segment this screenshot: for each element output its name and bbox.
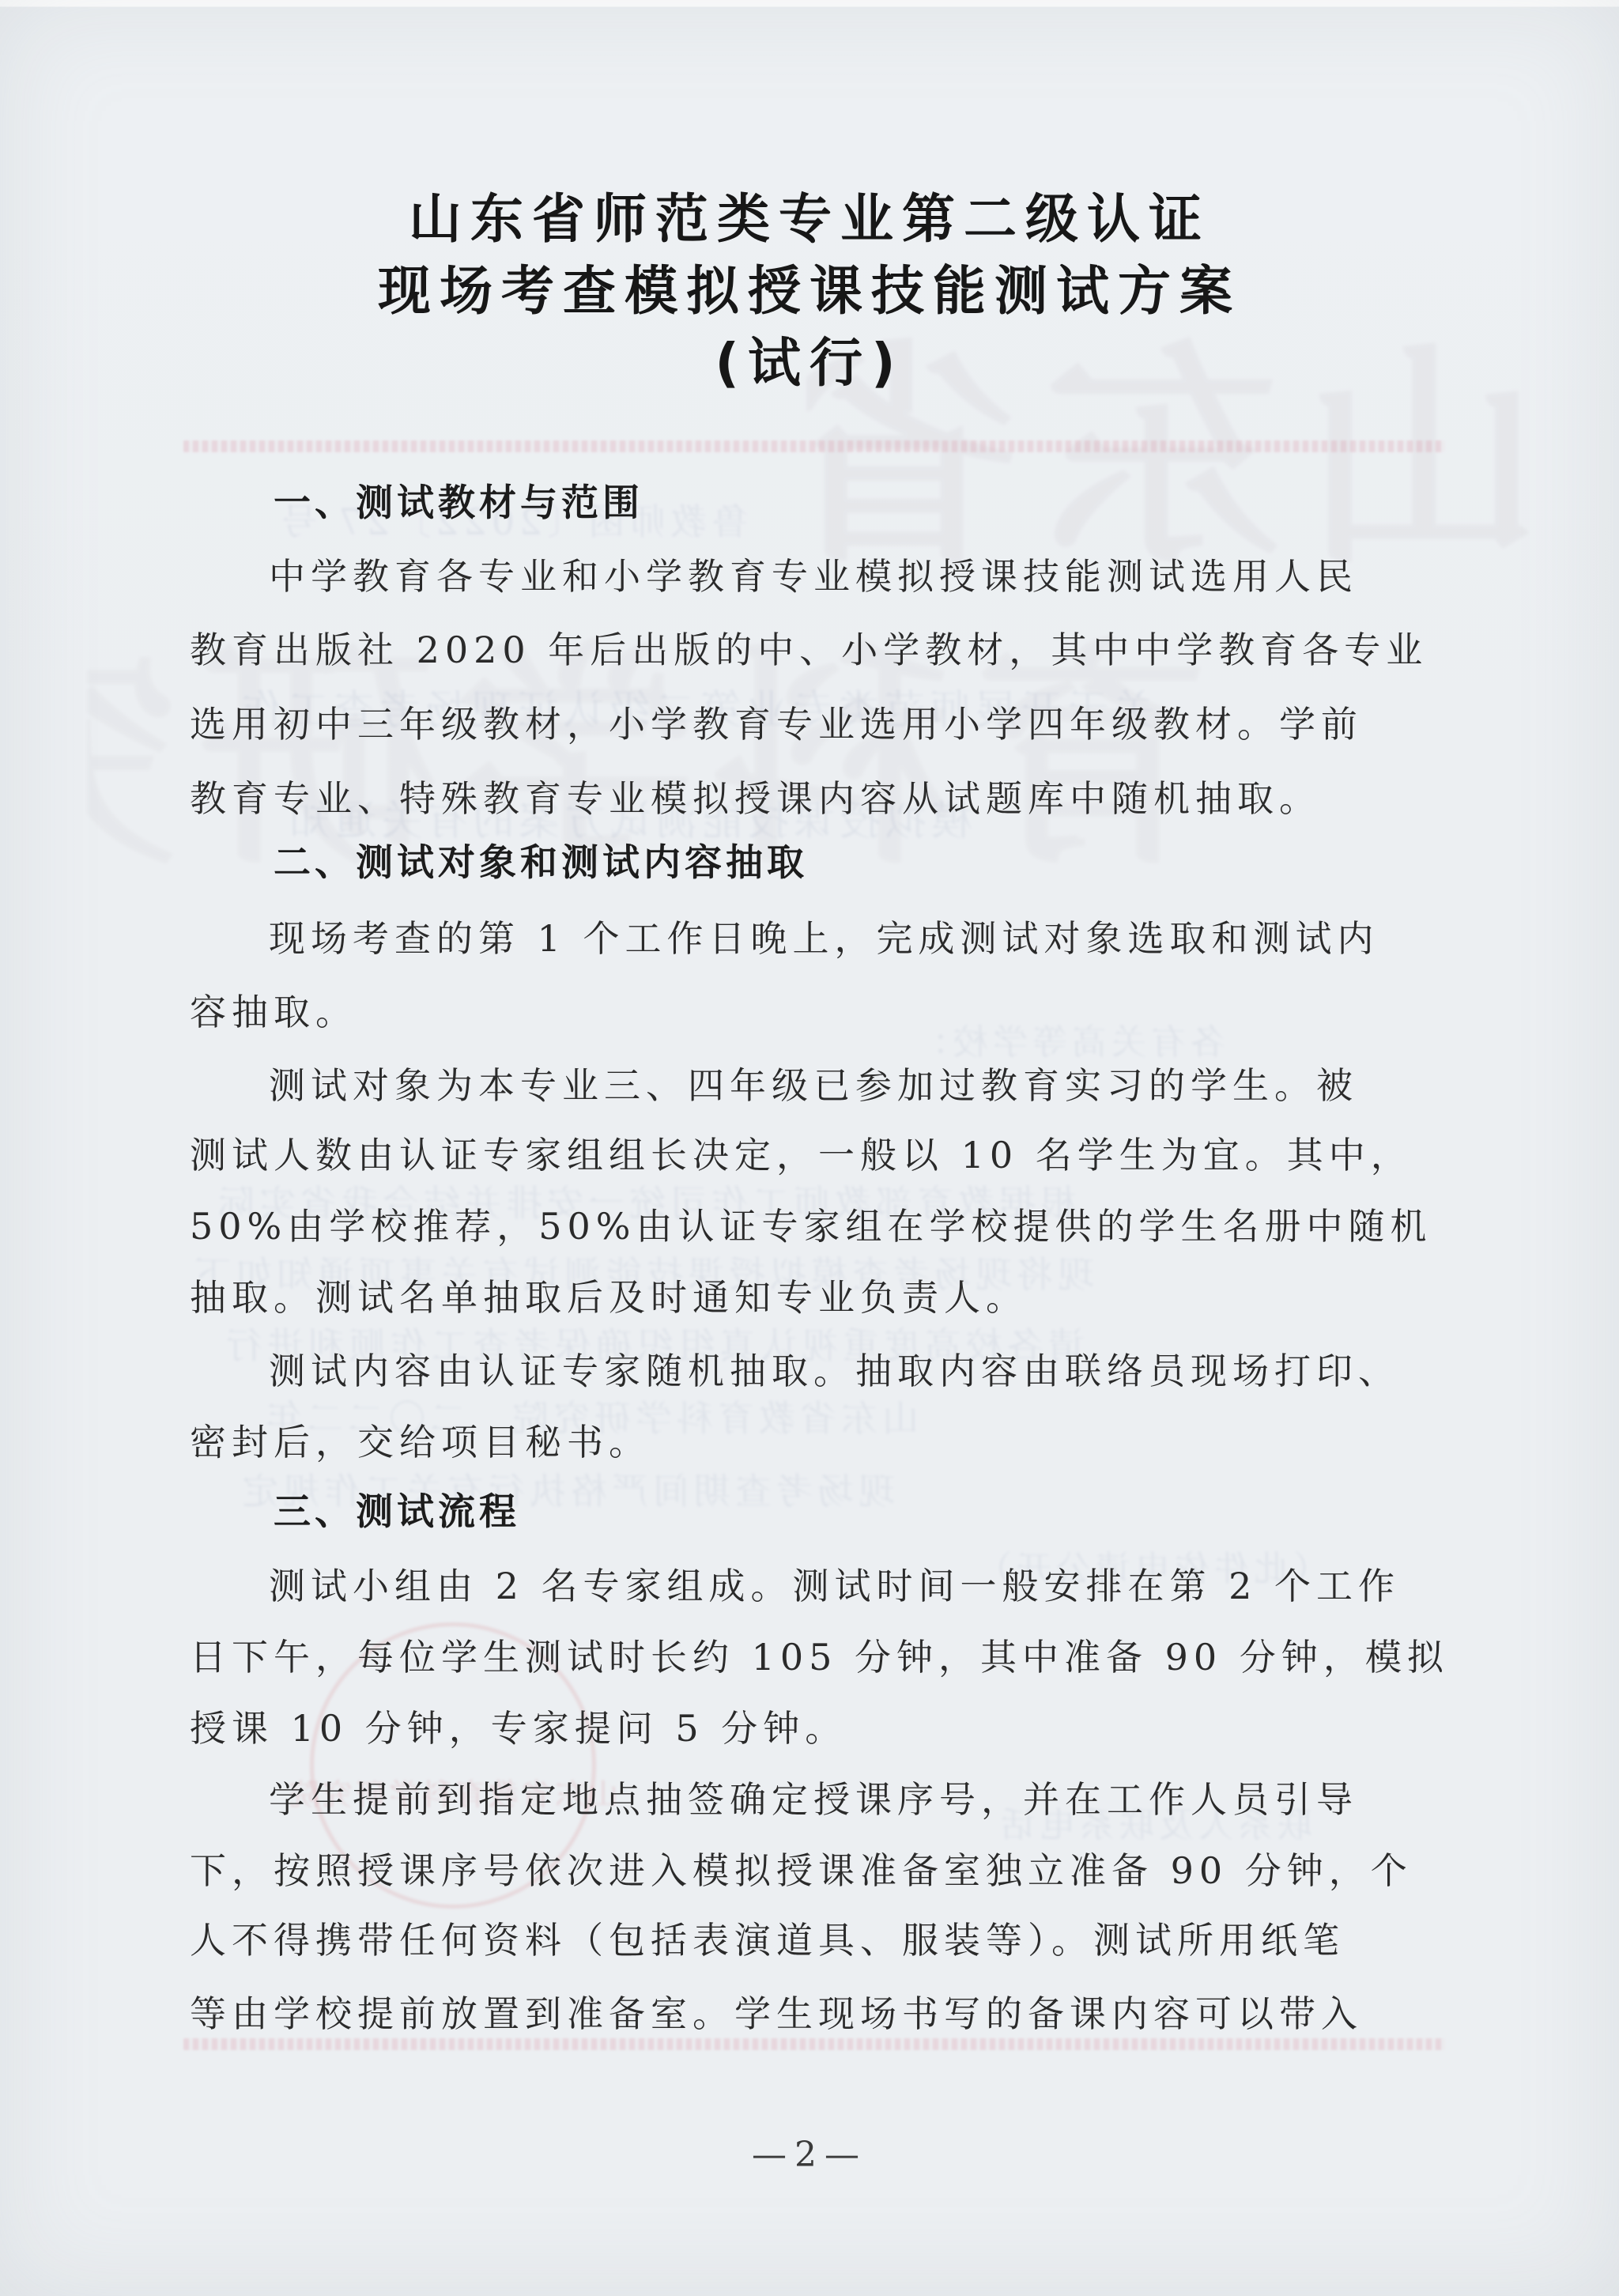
body-line: 中学教育各专业和小学教育专业模拟授课技能测试选用人民 (190, 553, 1447, 599)
body-line: 测试人数由认证专家组组长决定，一般以 10 名学生为宜。其中， (190, 1132, 1447, 1178)
body-line: 测试小组由 2 名专家组成。测试时间一般安排在第 2 个工作 (190, 1563, 1447, 1609)
body-line: 教育出版社 2020 年后出版的中、小学教材，其中中学教育各专业 (190, 627, 1447, 673)
body-line: 容抽取。 (190, 989, 1447, 1035)
scanned-document-page: 山东省教育科 育科学研究院 鲁教师函〔2022〕27 号 关于开展师范类专业第二… (0, 0, 1619, 2296)
document-content: 山东省师范类专业第二级认证 现场考查模拟授课技能测试方案 (试行) 一、测试教材… (0, 0, 1619, 2296)
body-line: 下，按照授课序号依次进入模拟授课准备室独立准备 90 分钟，个 (190, 1848, 1447, 1894)
body-line: 抽取。测试名单抽取后及时通知专业负责人。 (190, 1275, 1447, 1320)
section-heading-1: 一、测试教材与范围 (190, 481, 1530, 527)
document-title: 山东省师范类专业第二级认证 现场考查模拟授课技能测试方案 (试行) (0, 183, 1619, 399)
title-line-3: (试行) (0, 327, 1619, 399)
body-line: 50%由学校推荐，50%由认证专家组在学校提供的学生名册中随机 (190, 1203, 1447, 1249)
body-line: 授课 10 分钟，专家提问 5 分钟。 (190, 1705, 1447, 1751)
section-heading-2: 二、测试对象和测试内容抽取 (190, 840, 1530, 886)
body-line: 日下午，每位学生测试时长约 105 分钟，其中准备 90 分钟，模拟 (190, 1634, 1447, 1680)
title-line-2: 现场考查模拟授课技能测试方案 (0, 255, 1619, 327)
body-line: 密封后，交给项目秘书。 (190, 1419, 1447, 1465)
body-line: 等由学校提前放置到准备室。学生现场书写的备课内容可以带入 (190, 1991, 1447, 2037)
title-line-1: 山东省师范类专业第二级认证 (0, 183, 1619, 255)
section-heading-3: 三、测试流程 (190, 1490, 1530, 1535)
body-line: 选用初中三年级教材，小学教育专业选用小学四年级教材。学前 (190, 701, 1447, 747)
body-line: 现场考查的第 1 个工作日晚上，完成测试对象选取和测试内 (190, 916, 1447, 961)
body-line: 测试内容由认证专家随机抽取。抽取内容由联络员现场打印、 (190, 1348, 1447, 1394)
body-line: 学生提前到指定地点抽签确定授课序号，并在工作人员引导 (190, 1777, 1447, 1822)
page-number: —2— (0, 2135, 1619, 2175)
body-line: 人不得携带任何资料（包括表演道具、服装等）。测试所用纸笔 (190, 1917, 1447, 1963)
body-line: 测试对象为本专业三、四年级已参加过教育实习的学生。被 (190, 1063, 1447, 1108)
body-line: 教育专业、特殊教育专业模拟授课内容从试题库中随机抽取。 (190, 776, 1447, 821)
